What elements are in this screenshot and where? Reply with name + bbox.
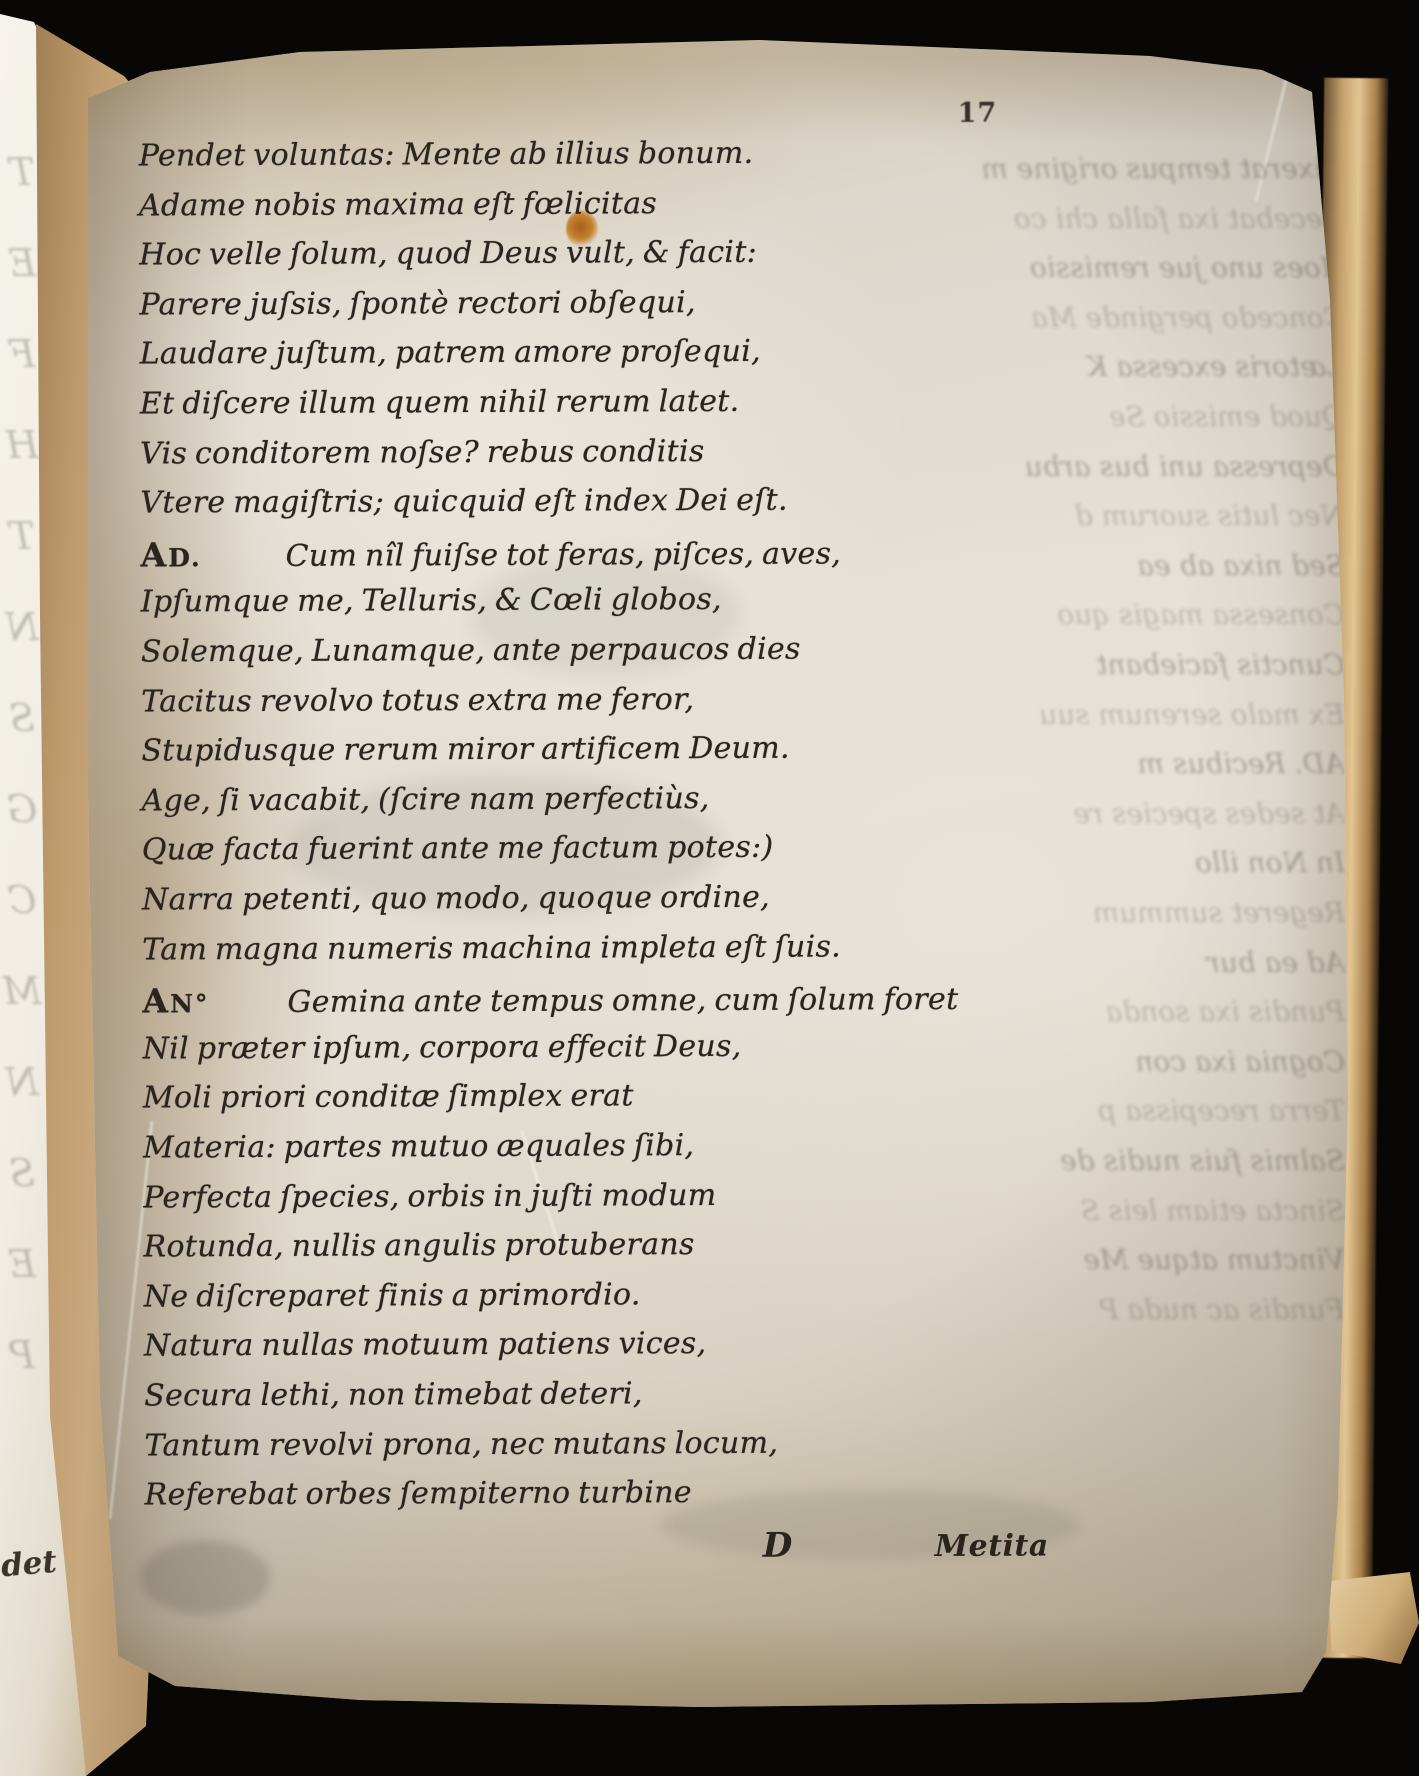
poem-line: Nil præter ipſum, corpora effecit Deus,: [143, 1029, 742, 1067]
poem-line: Natura nullas motuum patiens vices,: [144, 1326, 707, 1363]
poem-line: Secura lethi, non timebat deteri,: [144, 1376, 643, 1413]
ghost-letter: E: [2, 241, 42, 285]
ghost-letter: N: [2, 605, 42, 649]
poem-line: Tam magna numeris machina impleta eſt ſu…: [142, 929, 841, 967]
ghost-letter: H: [2, 423, 42, 467]
poem-line: Parere juſsis, ſpontè rectori obſequi,: [139, 285, 695, 322]
ghost-letter: N: [2, 1060, 42, 1104]
poem-line: Ipſumque me, Telluris, & Cœli globos,: [141, 582, 722, 620]
poem-line: Materia: partes mutuo æquales ſibi,: [143, 1128, 694, 1165]
poem-line: Vis conditorem noſse? rebus conditis: [140, 434, 705, 471]
poem-line: Pendet voluntas: Mente ab illius bonum.: [139, 136, 754, 174]
catchword: Metita: [935, 1529, 1049, 1564]
poem-line: Rotunda, nullis angulis protuberans: [143, 1227, 694, 1264]
poem-line: Referebat orbes ſempiterno turbine: [145, 1475, 692, 1512]
speaker-label: AD.: [140, 535, 285, 575]
ghost-letter: E: [2, 1242, 42, 1286]
ghost-letter: P: [2, 1333, 42, 1377]
poem-line: AN°Gemina ante tempus omne, cum ſolum fo…: [142, 978, 958, 1021]
printed-content: 17 Pendet voluntas: Mente ab illius bonu…: [0, 0, 1419, 1776]
ghost-letter: S: [2, 696, 42, 740]
ghost-letter: F: [2, 332, 42, 376]
poem-line: Laudare juſtum, patrem amore proſequi,: [140, 334, 761, 372]
facing-page-catchword: det: [0, 1544, 58, 1585]
poem-line: Moli priori conditæ ſimplex erat: [143, 1079, 634, 1116]
poem-line: Et diſcere illum quem nihil rerum latet.: [140, 384, 740, 422]
cover-corner: [1328, 1572, 1419, 1664]
page-number: 17: [958, 98, 998, 129]
ghost-letter: T: [2, 514, 42, 558]
poem-line: Quæ facta fuerint ante me factum potes:): [142, 830, 774, 868]
poem-line: Solemque, Lunamque, ante perpaucos dies: [141, 632, 801, 670]
speaker-label: AN°: [142, 981, 287, 1021]
poem-line: Narra petenti, quo modo, quoque ordine,: [142, 880, 770, 918]
poem-line: Age, ſi vacabit, (ſcire nam perfectiùs,: [142, 781, 710, 818]
ghost-letter: T: [2, 150, 42, 194]
poem-line: Ne diſcreparet finis a primordio.: [144, 1277, 641, 1314]
poem-line: Perfecta ſpecies, orbis in juſti modum: [143, 1178, 716, 1216]
ghost-letter: G: [2, 787, 42, 831]
ghost-letter: M: [2, 969, 42, 1013]
poem-line: Vtere magiſtris; quicquid eſt index Dei …: [140, 483, 788, 521]
poem-line: Stupidusque rerum miror artificem Deum.: [141, 731, 790, 769]
ghost-letter: S: [2, 1151, 42, 1195]
poem-line: Hoc velle ſolum, quod Deus vult, & facit…: [139, 235, 757, 273]
poem-line: Adame nobis maxima eſt fœlicitas: [139, 186, 657, 223]
poem-line: Tacitus revolvo totus extra me feror,: [141, 682, 694, 719]
book-photo: TEFHTNSGCMNSEP det Dixerat tempus origin…: [0, 0, 1419, 1776]
ghost-letter: C: [2, 878, 42, 922]
poem: Pendet voluntas: Mente ab illius bonum.A…: [139, 134, 1139, 138]
poem-line: Tantum revolvi prona, nec mutans locum,: [144, 1425, 778, 1463]
book-page: Dixerat tempus origine mDecebat ixa fall…: [0, 0, 1419, 1776]
poem-line: AD.Cum nîl fuiſse tot feras, piſces, ave…: [140, 532, 841, 574]
signature-mark: D: [763, 1526, 793, 1566]
